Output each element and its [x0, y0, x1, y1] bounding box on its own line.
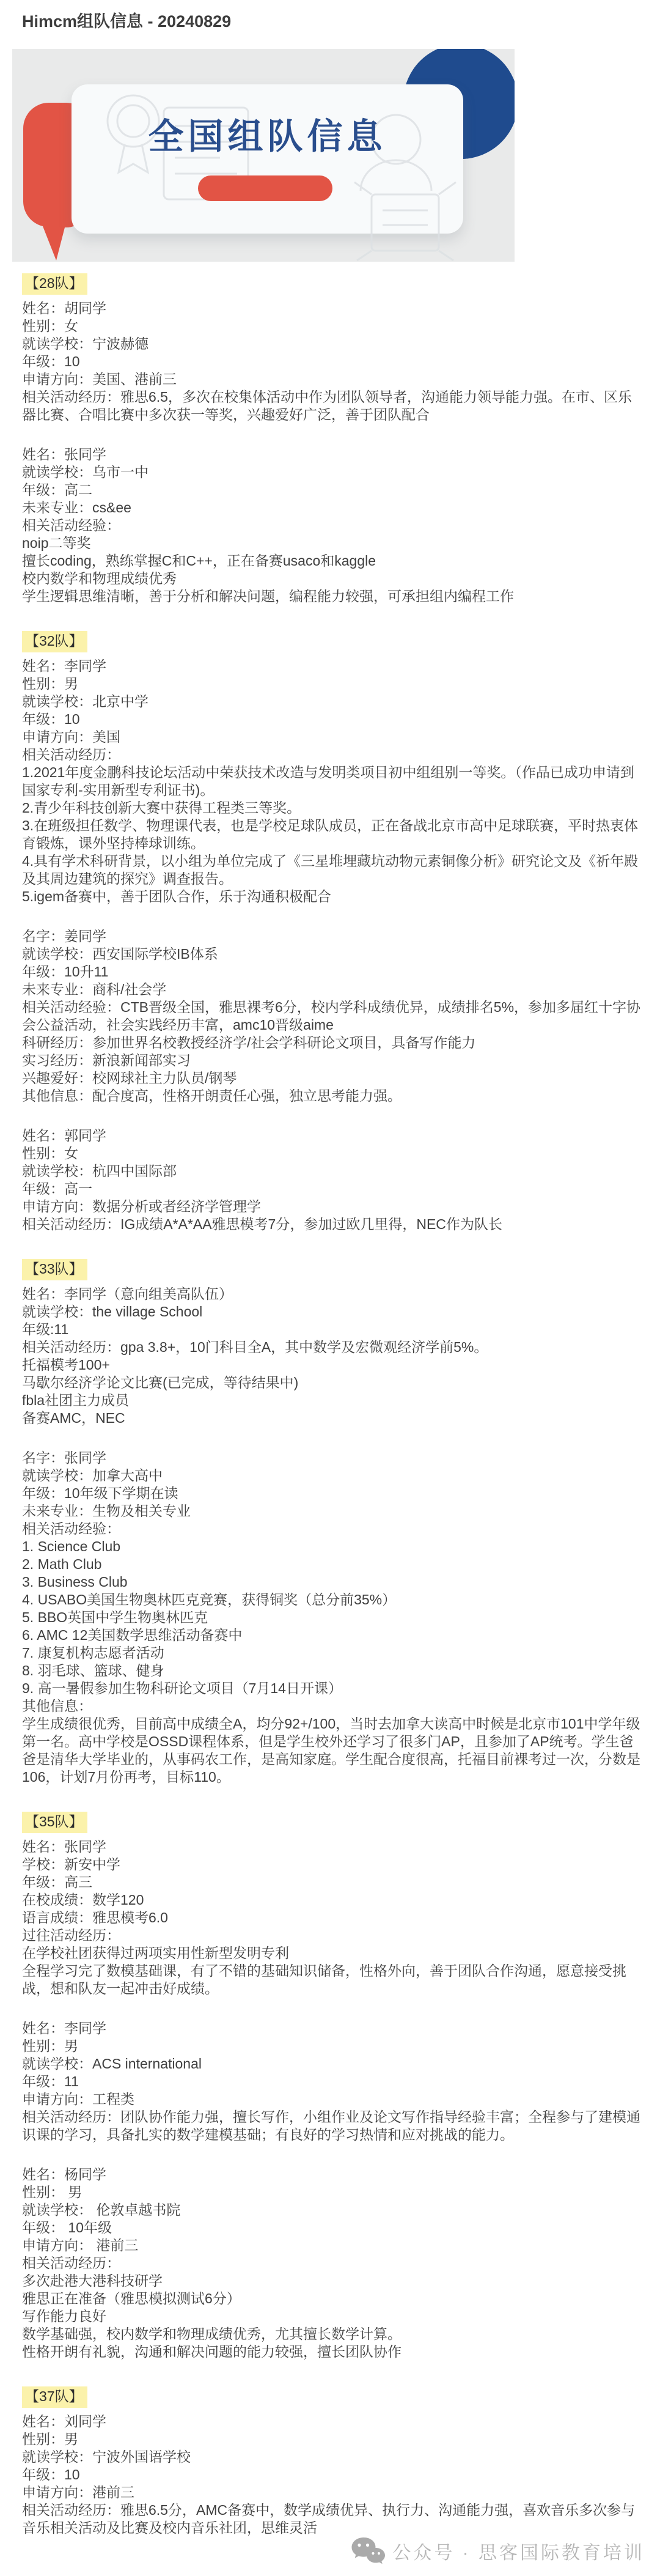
info-line: 相关活动经验：	[22, 517, 643, 534]
info-line: 性别：女	[22, 317, 643, 335]
member-info: 姓名：李同学（意向组美高队伍）就读学校：the village School年级…	[22, 1285, 643, 1427]
info-line: 实习经历：新浪新闻部实习	[22, 1052, 643, 1069]
info-line: 年级：10	[22, 353, 643, 371]
info-line: 姓名：李同学（意向组美高队伍）	[22, 1285, 643, 1303]
info-line: 其他信息：配合度高，性格开朗责任心强，独立思考能力强。	[22, 1087, 643, 1105]
info-line: 性别： 男	[22, 2183, 643, 2201]
info-line: 姓名：胡同学	[22, 300, 643, 317]
team-label: 【35队】	[22, 1812, 87, 1833]
info-line: 3.在班级担任数学、物理课代表，也是学校足球队成员，正在备战北京市高中足球联赛，…	[22, 817, 643, 852]
info-line: 相关活动经历：IG成绩A*A*AA雅思模考7分，参加过欧几里得，NEC作为队长	[22, 1216, 643, 1233]
info-line: 写作能力良好	[22, 2308, 643, 2325]
info-line: 就读学校： 伦敦卓越书院	[22, 2201, 643, 2219]
info-line: 就读学校：西安国际学校IB体系	[22, 945, 643, 963]
info-line: 1. Science Club	[22, 1538, 643, 1556]
banner-underline-bar	[198, 175, 332, 201]
watermark-text: 公众号 · 思客国际教育培训	[392, 2537, 645, 2564]
info-line: 未来专业：cs&ee	[22, 499, 643, 517]
info-line: 相关活动经历：gpa 3.8+，10门科目全A，其中数学及宏微观经济学前5%。	[22, 1338, 643, 1356]
team-section: 【37队】姓名：刘同学性别：男就读学校：宁波外国语学校年级：10申请方向：港前三…	[22, 2386, 643, 2537]
info-line: 学校：新安中学	[22, 1856, 643, 1873]
info-line: 校内数学和物理成绩优秀	[22, 570, 643, 588]
member-info: 姓名：郭同学性别：女就读学校：杭四中国际部年级：高一申请方向：数据分析或者经济学…	[22, 1127, 643, 1233]
info-line: 4. USABO美国生物奥林匹克竞赛，获得铜奖（总分前35%）	[22, 1591, 643, 1609]
info-line: fbla社团主力成员	[22, 1392, 643, 1409]
page-title: Himcm组队信息 - 20240829	[0, 0, 660, 31]
info-line: 就读学校：乌市一中	[22, 463, 643, 481]
banner-title: 全国组队信息	[71, 108, 463, 159]
member-info: 姓名：胡同学性别：女就读学校：宁波赫德年级：10申请方向：美国、港前三相关活动经…	[22, 300, 643, 424]
teams: 【28队】姓名：胡同学性别：女就读学校：宁波赫德年级：10申请方向：美国、港前三…	[0, 273, 660, 2537]
team-label-row: 【37队】	[22, 2386, 643, 2408]
info-line: 申请方向：工程类	[22, 2091, 643, 2108]
info-line: 年级：10	[22, 710, 643, 728]
info-line: 相关活动经历：雅思6.5，多次在校集体活动中作为团队领导者，沟通能力领导能力强。…	[22, 388, 643, 424]
member-info: 姓名：杨同学性别： 男就读学校： 伦敦卓越书院年级： 10年级申请方向： 港前三…	[22, 2166, 643, 2361]
info-line: 相关活动经历：雅思6.5分，AMC备赛中，数学成绩优异、执行力、沟通能力强，喜欢…	[22, 2501, 643, 2537]
info-line: 相关活动经历：	[22, 2254, 643, 2272]
info-line: 兴趣爱好：校网球社主力队员/钢琴	[22, 1069, 643, 1087]
info-line: 申请方向：美国	[22, 728, 643, 746]
team-label: 【32队】	[22, 631, 87, 652]
info-line: 托福模考100+	[22, 1356, 643, 1374]
info-line: 申请方向：数据分析或者经济学管理学	[22, 1198, 643, 1216]
info-line: 申请方向：港前三	[22, 2484, 643, 2501]
wechat-icon	[351, 2537, 385, 2565]
team-section: 【33队】姓名：李同学（意向组美高队伍）就读学校：the village Sch…	[22, 1259, 643, 1786]
info-line: 全程学习完了数模基础课，有了不错的基础知识储备，性格外向，善于团队合作沟通，愿意…	[22, 1962, 643, 1998]
info-line: 性别：女	[22, 1145, 643, 1162]
info-line: 擅长coding，熟练掌握C和C++，正在备赛usaco和kaggle	[22, 552, 643, 570]
info-line: 2.青少年科技创新大赛中获得工程类三等奖。	[22, 799, 643, 817]
info-line: 年级： 10年级	[22, 2219, 643, 2237]
info-line: 未来专业：生物及相关专业	[22, 1502, 643, 1520]
info-line: 姓名：刘同学	[22, 2413, 643, 2430]
info-line: 就读学校：ACS international	[22, 2055, 643, 2073]
info-line: 1.2021年度金鹏科技论坛活动中荣获技术改造与发明类项目初中组组别一等奖。（作…	[22, 764, 643, 799]
info-line: 姓名：郭同学	[22, 1127, 643, 1145]
info-line: 申请方向：美国、港前三	[22, 371, 643, 388]
info-line: 5.igem备赛中，善于团队合作，乐于沟通积极配合	[22, 888, 643, 906]
member-info: 姓名：刘同学性别：男就读学校：宁波外国语学校年级：10申请方向：港前三相关活动经…	[22, 2413, 643, 2537]
info-line: 年级：10年级下学期在读	[22, 1485, 643, 1502]
info-line: 过往活动经历：	[22, 1927, 643, 1944]
info-line: 相关活动经验：CTB晋级全国，雅思裸考6分，校内学科成绩优异，成绩排名5%，参加…	[22, 998, 643, 1034]
team-section: 【35队】姓名：张同学学校：新安中学年级：高三在校成绩：数学120语言成绩：雅思…	[22, 1812, 643, 2361]
info-line: 马歇尔经济学论文比赛(已完成，等待结果中)	[22, 1374, 643, 1392]
info-line: 就读学校：加拿大高中	[22, 1467, 643, 1485]
info-line: 相关活动经历：	[22, 746, 643, 764]
info-line: 3. Business Club	[22, 1573, 643, 1591]
member-info: 名字：姜同学就读学校：西安国际学校IB体系年级：10升11未来专业：商科/社会学…	[22, 928, 643, 1105]
info-line: 性格开朗有礼貌，沟通和解决问题的能力较强，擅长团队协作	[22, 2343, 643, 2361]
info-line: 年级：11	[22, 2073, 643, 2091]
info-line: 未来专业：商科/社会学	[22, 981, 643, 998]
info-line: 多次赴港大港科技研学	[22, 2272, 643, 2290]
info-line: 8. 羽毛球、篮球、健身	[22, 1662, 643, 1680]
info-line: 2. Math Club	[22, 1556, 643, 1573]
info-line: 名字：张同学	[22, 1449, 643, 1467]
info-line: 学生逻辑思维清晰，善于分析和解决问题，编程能力较强，可承担组内编程工作	[22, 588, 643, 605]
team-label: 【37队】	[22, 2386, 87, 2408]
team-label-row: 【33队】	[22, 1259, 643, 1280]
info-line: 姓名：李同学	[22, 657, 643, 675]
info-line: 6. AMC 12美国数学思维活动备赛中	[22, 1626, 643, 1644]
info-line: 就读学校：宁波赫德	[22, 335, 643, 353]
info-line: 相关活动经历：团队协作能力强，擅长写作，小组作业及论文写作指导经验丰富；全程参与…	[22, 2108, 643, 2144]
info-line: 年级：10	[22, 2466, 643, 2484]
member-info: 姓名：张同学学校：新安中学年级：高三在校成绩：数学120语言成绩：雅思模考6.0…	[22, 1838, 643, 1998]
info-line: 在校成绩：数学120	[22, 1891, 643, 1909]
info-line: 就读学校：北京中学	[22, 693, 643, 710]
info-line: 姓名：杨同学	[22, 2166, 643, 2183]
info-line: 相关活动经验：	[22, 1520, 643, 1538]
info-line: 年级：高二	[22, 481, 643, 499]
team-label-row: 【28队】	[22, 273, 643, 295]
info-line: 姓名：张同学	[22, 1838, 643, 1856]
member-info: 姓名：李同学性别：男就读学校：北京中学年级：10申请方向：美国相关活动经历：1.…	[22, 657, 643, 906]
info-line: 年级:11	[22, 1321, 643, 1338]
info-line: 年级：10升11	[22, 963, 643, 981]
team-label-row: 【32队】	[22, 631, 643, 652]
info-line: 4.具有学术科研背景，以小组为单位完成了《三星堆埋藏坑动物元素铜像分析》研究论文…	[22, 852, 643, 888]
team-label-row: 【35队】	[22, 1812, 643, 1833]
team-label: 【28队】	[22, 273, 87, 295]
info-line: 年级：高三	[22, 1873, 643, 1891]
info-line: 其他信息：	[22, 1697, 643, 1715]
banner-image: 全国组队信息	[12, 49, 515, 262]
info-line: 性别：男	[22, 2037, 643, 2055]
member-info: 姓名：张同学就读学校：乌市一中年级：高二未来专业：cs&ee相关活动经验：noi…	[22, 446, 643, 605]
info-line: 9. 高一暑假参加生物科研论文项目（7月14日开课）	[22, 1680, 643, 1697]
info-line: 7. 康复机构志愿者活动	[22, 1644, 643, 1662]
info-line: 就读学校：宁波外国语学校	[22, 2448, 643, 2466]
info-line: 年级：高一	[22, 1180, 643, 1198]
info-line: 学生成绩很优秀，目前高中成绩全A，均分92+/100，当时去加拿大读高中时候是北…	[22, 1715, 643, 1786]
info-line: 名字：姜同学	[22, 928, 643, 945]
info-line: 雅思正在准备（雅思模拟测试6分）	[22, 2290, 643, 2308]
info-line: 5. BBO英国中学生物奥林匹克	[22, 1609, 643, 1626]
info-line: 在学校社团获得过两项实用性新型发明专利	[22, 1944, 643, 1962]
info-line: noip二等奖	[22, 534, 643, 552]
info-line: 语言成绩：雅思模考6.0	[22, 1909, 643, 1927]
info-line: 就读学校：杭四中国际部	[22, 1162, 643, 1180]
team-section: 【32队】姓名：李同学性别：男就读学校：北京中学年级：10申请方向：美国相关活动…	[22, 631, 643, 1233]
info-line: 性别：男	[22, 2430, 643, 2448]
info-line: 数学基础强，校内数学和物理成绩优秀，尤其擅长数学计算。	[22, 2325, 643, 2343]
watermark: 公众号 · 思客国际教育培训	[351, 2537, 645, 2565]
info-line: 性别：男	[22, 675, 643, 693]
team-section: 【28队】姓名：胡同学性别：女就读学校：宁波赫德年级：10申请方向：美国、港前三…	[22, 273, 643, 605]
info-line: 申请方向： 港前三	[22, 2237, 643, 2254]
info-line: 备赛AMC，NEC	[22, 1409, 643, 1427]
info-line: 就读学校：the village School	[22, 1303, 643, 1321]
member-info: 名字：张同学就读学校：加拿大高中年级：10年级下学期在读未来专业：生物及相关专业…	[22, 1449, 643, 1786]
info-line: 姓名：李同学	[22, 2020, 643, 2037]
member-info: 姓名：李同学性别：男就读学校：ACS international年级：11申请方…	[22, 2020, 643, 2144]
team-label: 【33队】	[22, 1259, 87, 1280]
info-line: 姓名：张同学	[22, 446, 643, 463]
info-line: 科研经历：参加世界名校教授经济学/社会学科研论文项目，具备写作能力	[22, 1034, 643, 1052]
